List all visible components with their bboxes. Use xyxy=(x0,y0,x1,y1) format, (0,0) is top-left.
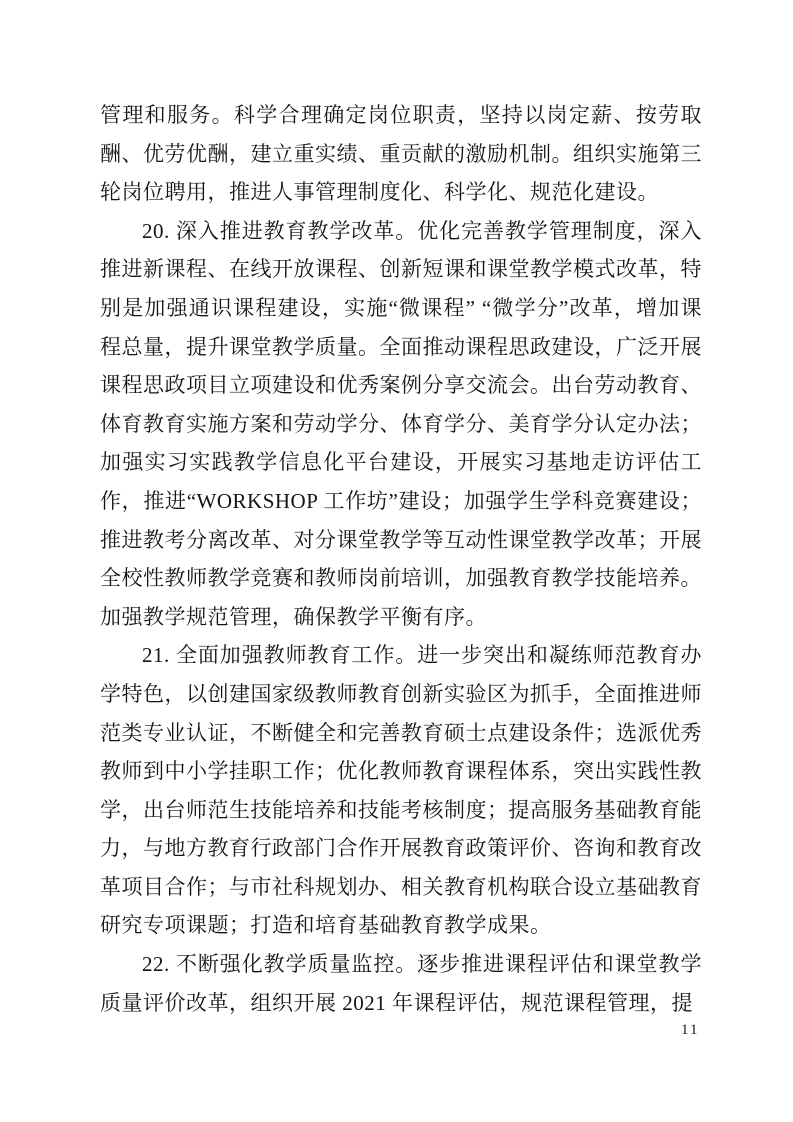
paragraph-item-22: 22. 不断强化教学质量监控。逐步推进课程评估和课堂教学质量评价改革，组织开展 … xyxy=(100,945,702,1022)
paragraph-continuation: 管理和服务。科学合理确定岗位职责，坚持以岗定薪、按劳取酬、优劳优酬，建立重实绩、… xyxy=(100,96,702,212)
paragraph-item-20: 20. 深入推进教育教学改革。优化完善教学管理制度，深入推进新课程、在线开放课程… xyxy=(100,212,702,637)
paragraph-item-21: 21. 全面加强教师教育工作。进一步突出和凝练师范教育办学特色，以创建国家级教师… xyxy=(100,636,702,945)
page-body-text: 管理和服务。科学合理确定岗位职责，坚持以岗定薪、按劳取酬、优劳优酬，建立重实绩、… xyxy=(100,96,702,1022)
page-number: 11 xyxy=(681,1022,699,1039)
document-page: 管理和服务。科学合理确定岗位职责，坚持以岗定薪、按劳取酬、优劳优酬，建立重实绩、… xyxy=(0,0,793,1122)
